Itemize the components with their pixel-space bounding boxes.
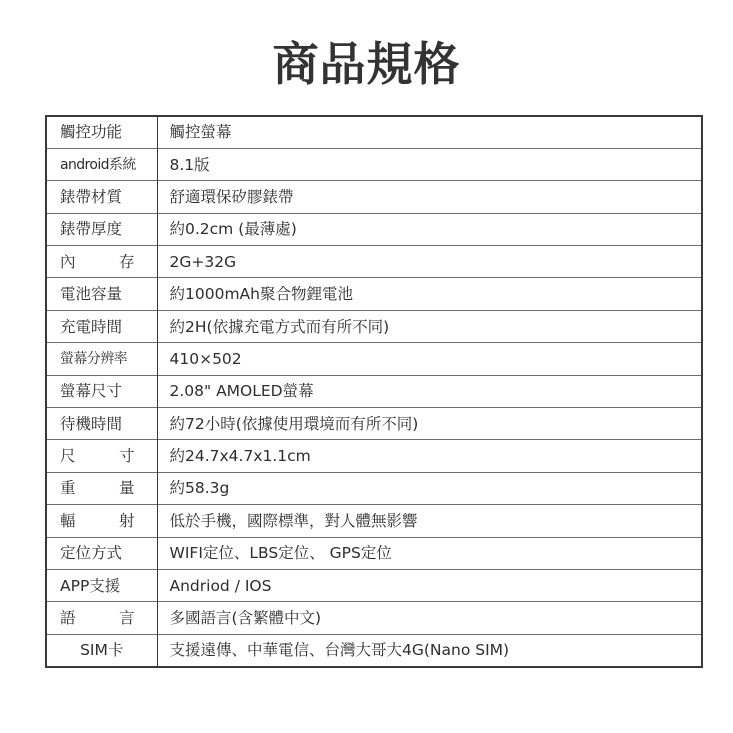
spec-value: WIFI定位、LBS定位、 GPS定位 [157, 537, 702, 569]
spec-value: 約1000mAh聚合物鋰電池 [157, 278, 702, 310]
table-row: 錶帶材質 舒適環保矽膠錶帶 [46, 181, 702, 213]
spec-value: 觸控螢幕 [157, 116, 702, 148]
spec-label: 錶帶厚度 [46, 213, 157, 245]
table-row: 語言 多國語言(含繁體中文) [46, 602, 702, 634]
spec-label: 觸控功能 [46, 116, 157, 148]
table-row: 電池容量 約1000mAh聚合物鋰電池 [46, 278, 702, 310]
spec-table: 觸控功能 觸控螢幕 android系統 8.1版 錶帶材質 舒適環保矽膠錶帶 錶… [45, 115, 703, 668]
table-row: 內存 2G+32G [46, 246, 702, 278]
table-row: 螢幕分辨率 410×502 [46, 343, 702, 375]
table-row: APP支援 Andriod / IOS [46, 569, 702, 601]
spec-value: 410×502 [157, 343, 702, 375]
spec-label: APP支援 [46, 569, 157, 601]
table-row: 定位方式 WIFI定位、LBS定位、 GPS定位 [46, 537, 702, 569]
table-row: 尺寸 約24.7x4.7x1.1cm [46, 440, 702, 472]
spec-label: 待機時間 [46, 408, 157, 440]
spec-label: 螢幕尺寸 [46, 375, 157, 407]
table-row: 待機時間 約72小時(依據使用環境而有所不同) [46, 408, 702, 440]
spec-label: 內存 [46, 246, 157, 278]
table-row: 觸控功能 觸控螢幕 [46, 116, 702, 148]
table-row: 充電時間 約2H(依據充電方式而有所不同) [46, 310, 702, 342]
spec-value: 約58.3g [157, 472, 702, 504]
page-title: 商品規格 [0, 34, 733, 94]
spec-label: 螢幕分辨率 [46, 343, 157, 375]
spec-label: 重量 [46, 472, 157, 504]
table-row: android系統 8.1版 [46, 148, 702, 180]
spec-value: 8.1版 [157, 148, 702, 180]
table-row: 輻射 低於手機，國際標準，對人體無影響 [46, 505, 702, 537]
spec-label: 尺寸 [46, 440, 157, 472]
spec-label: 電池容量 [46, 278, 157, 310]
table-row: 錶帶厚度 約0.2cm (最薄處) [46, 213, 702, 245]
spec-label: 充電時間 [46, 310, 157, 342]
spec-value: 約72小時(依據使用環境而有所不同) [157, 408, 702, 440]
table-row: SIM卡 支援遠傳、中華電信、台灣大哥大4G(Nano SIM) [46, 634, 702, 666]
table-row: 重量 約58.3g [46, 472, 702, 504]
spec-label: 語言 [46, 602, 157, 634]
spec-value: 約24.7x4.7x1.1cm [157, 440, 702, 472]
spec-label: 定位方式 [46, 537, 157, 569]
spec-label: android系統 [46, 148, 157, 180]
spec-value: 約2H(依據充電方式而有所不同) [157, 310, 702, 342]
spec-label: SIM卡 [46, 634, 157, 666]
spec-label: 錶帶材質 [46, 181, 157, 213]
spec-value: 舒適環保矽膠錶帶 [157, 181, 702, 213]
spec-value: 多國語言(含繁體中文) [157, 602, 702, 634]
spec-value: 2.08" AMOLED螢幕 [157, 375, 702, 407]
spec-value: 支援遠傳、中華電信、台灣大哥大4G(Nano SIM) [157, 634, 702, 666]
spec-value: 約0.2cm (最薄處) [157, 213, 702, 245]
spec-label: 輻射 [46, 505, 157, 537]
spec-value: Andriod / IOS [157, 569, 702, 601]
table-row: 螢幕尺寸 2.08" AMOLED螢幕 [46, 375, 702, 407]
spec-value: 低於手機，國際標準，對人體無影響 [157, 505, 702, 537]
spec-value: 2G+32G [157, 246, 702, 278]
